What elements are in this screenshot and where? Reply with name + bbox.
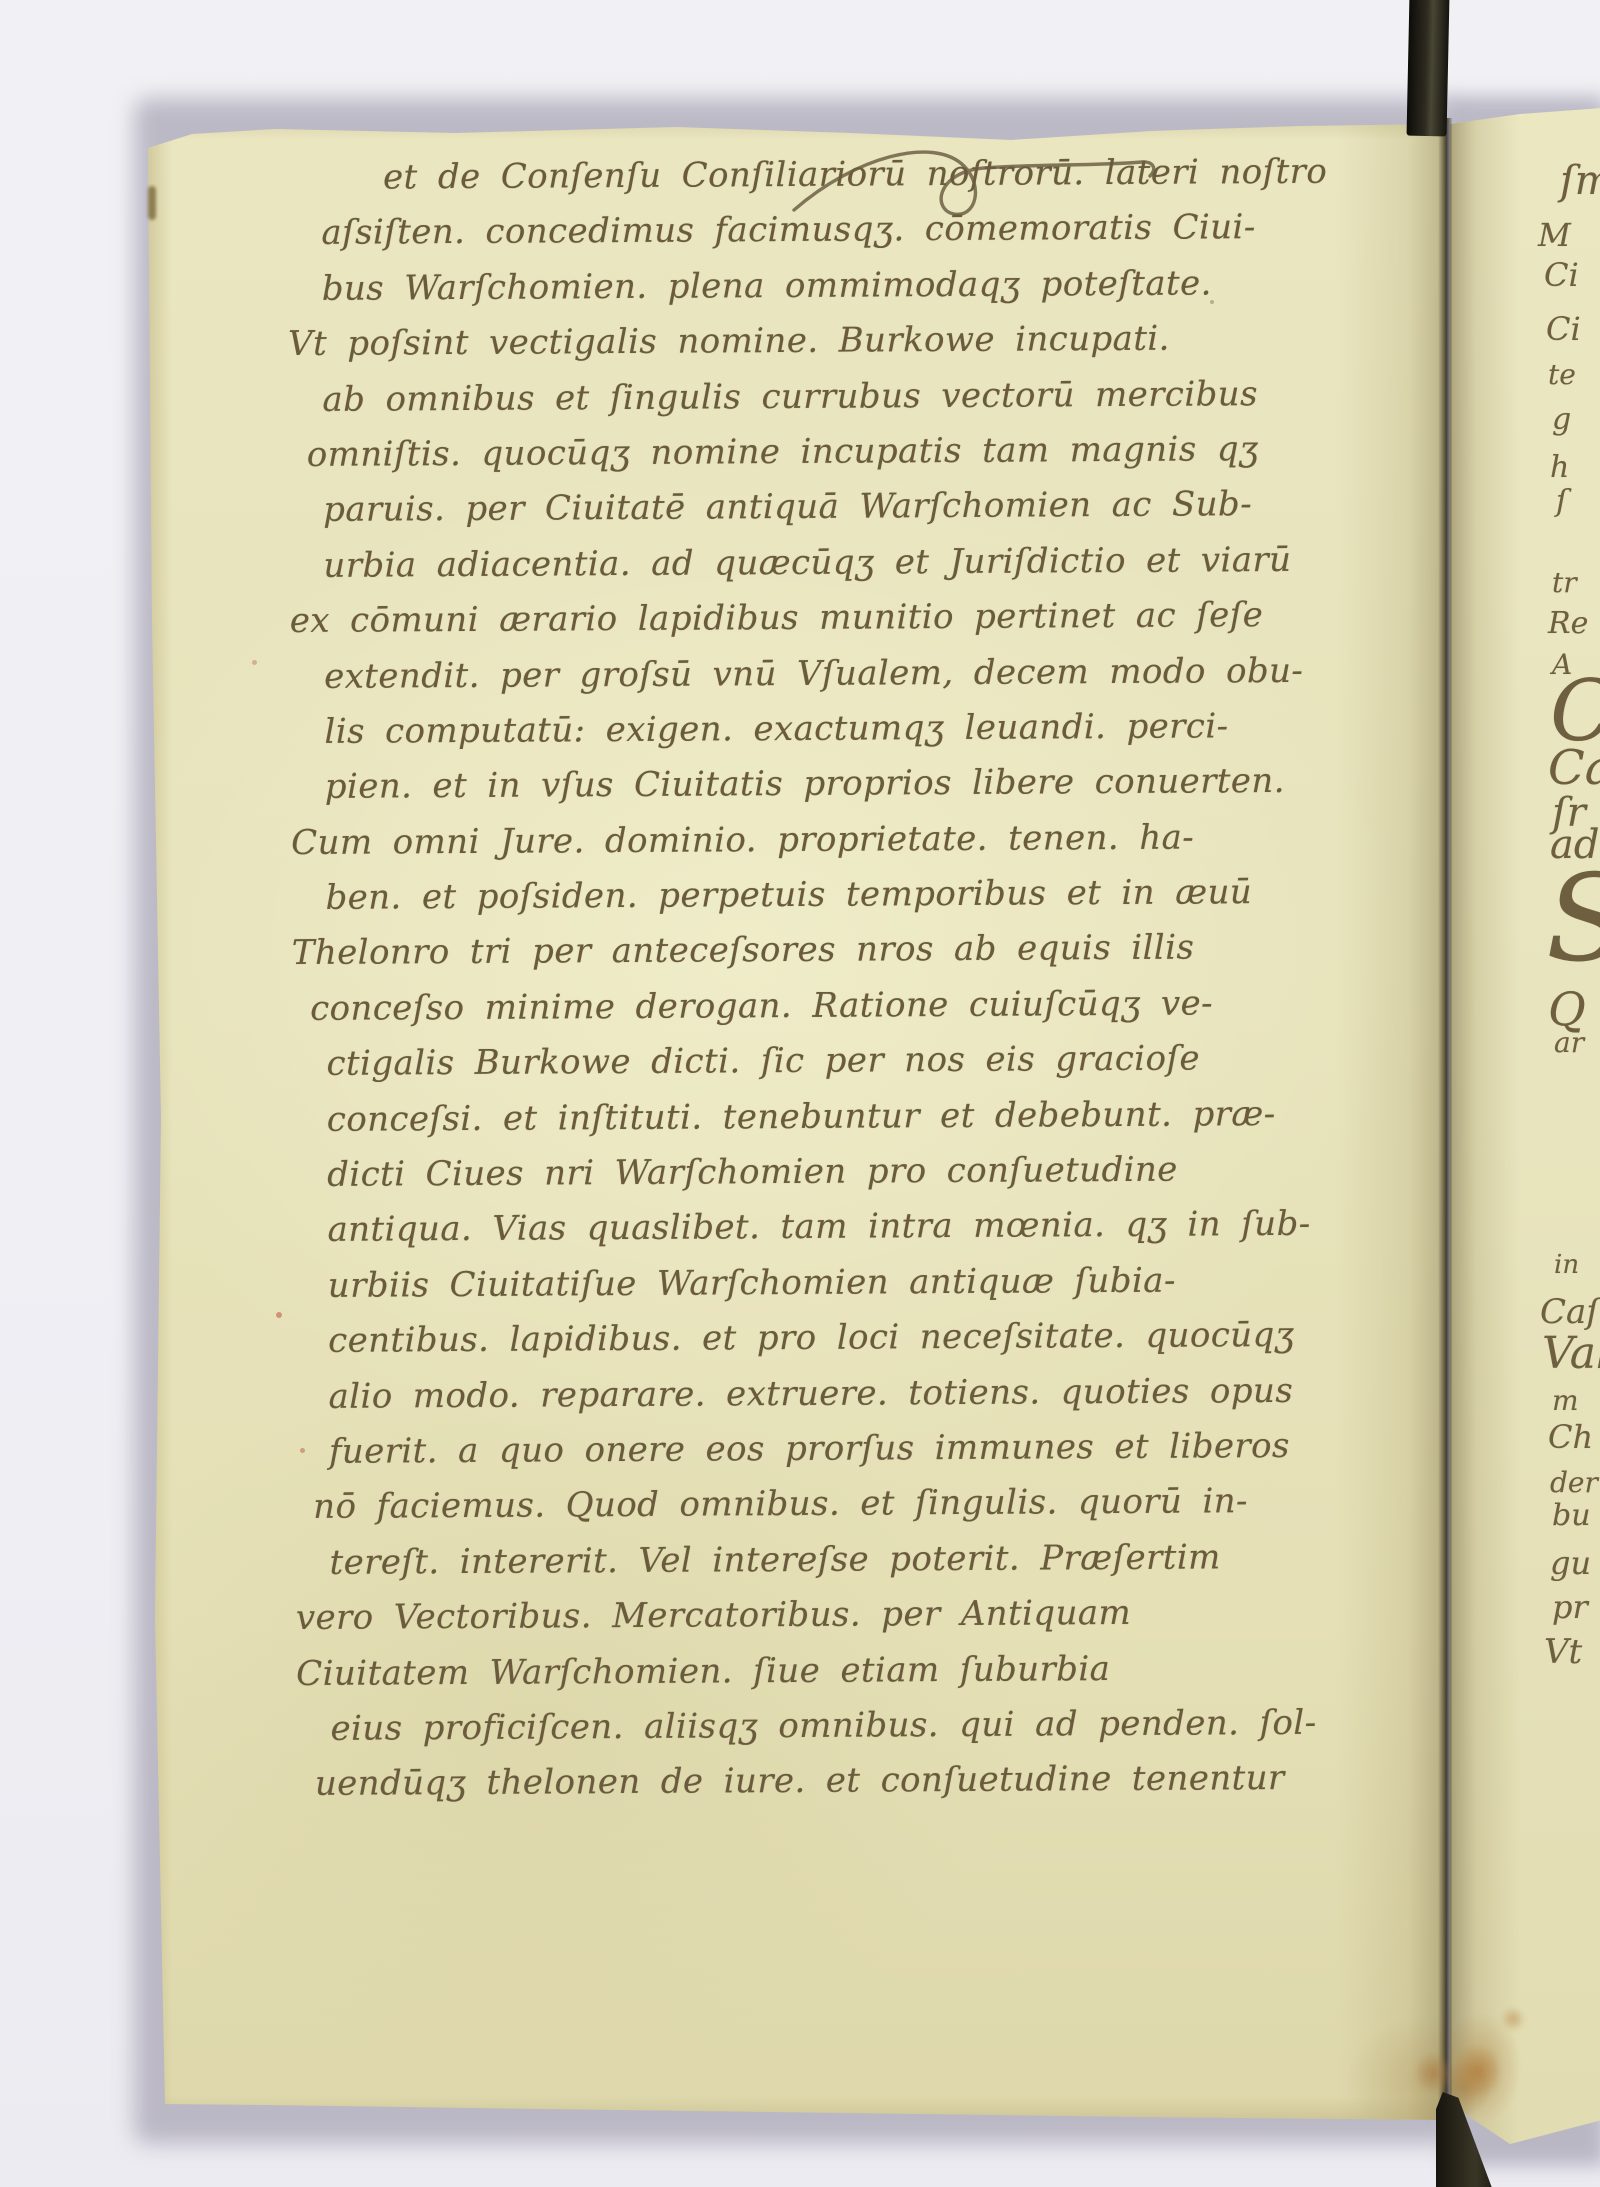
manuscript-line: aſsiſten. concedimus facimusqʒ. cōmemora… [287, 200, 1282, 261]
gutter-fold-shadow [1438, 118, 1452, 2187]
manuscript-line: ex cōmuni ærario lapidibus munitio perti… [290, 588, 1285, 649]
manuscript-line: urbia adiacentia. ad quæcūqʒ et Juriſdic… [289, 533, 1284, 594]
book-weight-rod-top [1407, 0, 1450, 136]
foxing-stain [1416, 2050, 1452, 2096]
foxing-stain [1455, 2040, 1499, 2104]
manuscript-line: dicti Ciues nri Warſchomien pro conſuetu… [293, 1142, 1288, 1203]
manuscript-line: eius proficiſcen. aliisqʒ omnibus. qui a… [296, 1696, 1291, 1757]
ink-speck [300, 1448, 305, 1453]
manuscript-scan: et de Conſenſu Conſiliariorū noſtrorū. l… [0, 0, 1600, 2187]
manuscript-line: fuerit. a quo onere eos prorſus immunes … [295, 1419, 1290, 1480]
facing-page-sliver [1450, 108, 1600, 2158]
manuscript-line: ab omnibus et ſingulis currubus vectorū … [288, 367, 1283, 428]
manuscript-line: vero Vectoribus. Mercatoribus. per Antiq… [296, 1585, 1291, 1646]
manuscript-line: uendūqʒ thelonen de iure. et conſuetudin… [297, 1751, 1292, 1812]
manuscript-line: Thelonro tri per anteceſsores nros ab eq… [292, 920, 1287, 981]
manuscript-line: pien. et in vſus Ciuitatis proprios libe… [291, 754, 1286, 815]
ink-speck [1210, 300, 1214, 304]
ink-speck [252, 660, 257, 665]
manuscript-line: tereſt. intererit. Vel intereſse poterit… [295, 1530, 1290, 1591]
manuscript-line: et de Conſenſu Conſiliariorū noſtrorū. l… [287, 145, 1282, 206]
manuscript-line: lis computatū: exigen. exactumqʒ leuandi… [290, 699, 1285, 760]
manuscript-line: conceſsi. et inſtituti. tenebuntur et de… [293, 1087, 1288, 1148]
manuscript-line: centibus. lapidibus. et pro loci neceſsi… [294, 1308, 1289, 1369]
manuscript-line: Cum omni Jure. dominio. proprietate. ten… [291, 810, 1286, 871]
manuscript-line: Vt poſsint vectigalis nomine. Burkowe in… [288, 311, 1283, 372]
foxing-stain [1500, 2006, 1526, 2032]
manuscript-line: omniſtis. quocūqʒ nomine incupatis tam m… [289, 422, 1284, 483]
manuscript-line: Ciuitatem Warſchomien. ſiue etiam ſuburb… [296, 1640, 1291, 1701]
ink-speck [276, 1312, 282, 1318]
manuscript-text-block: et de Conſenſu Conſiliariorū noſtrorū. l… [287, 145, 1292, 1813]
manuscript-line: urbiis Ciuitatiſue Warſchomien antiquæ ſ… [294, 1253, 1289, 1314]
manuscript-line: bus Warſchomien. plena ommimodaqʒ poteſt… [288, 256, 1283, 317]
manuscript-line: extendit. per groſsū vnū Vſualem, decem … [290, 643, 1285, 704]
manuscript-line: nō faciemus. Quod omnibus. et ſingulis. … [295, 1474, 1290, 1535]
manuscript-line: paruis. per Ciuitatē antiquā Warſchomien… [289, 477, 1284, 538]
manuscript-line: ben. et poſsiden. perpetuis temporibus e… [291, 865, 1286, 926]
manuscript-line: conceſso minime derogan. Ratione cuiuſcū… [292, 976, 1287, 1037]
manuscript-line: antiqua. Vias quaslibet. tam intra mœnia… [293, 1197, 1288, 1258]
manuscript-line: ctigalis Burkowe dicti. ſic per nos eis … [292, 1031, 1287, 1092]
manuscript-line: alio modo. reparare. extruere. totiens. … [294, 1364, 1289, 1425]
page-edge-fleck [148, 186, 156, 220]
